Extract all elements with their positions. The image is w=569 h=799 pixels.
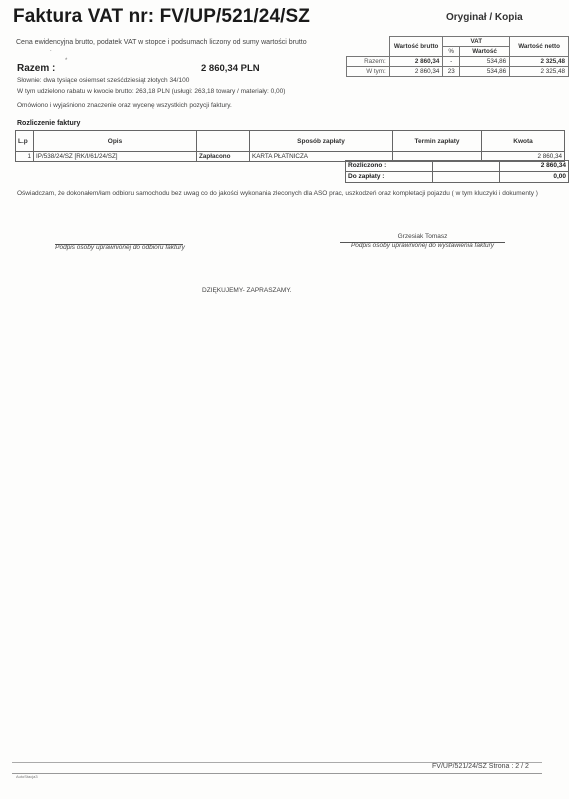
settled-label: Rozliczono : <box>346 161 433 172</box>
col-term: Termin zapłaty <box>393 131 482 152</box>
dot-mark: . <box>50 47 52 53</box>
footer-divider-bottom <box>12 773 542 774</box>
settlement-title: Rozliczenie faktury <box>17 120 80 127</box>
vat-row-total: Razem: 2 860,34 - 534,86 2 325,48 <box>347 57 569 67</box>
declaration-text: Oświadczam, że dokonałem/łam odbioru sam… <box>17 189 542 198</box>
vat-row-detail: W tym: 2 860,34 23 534,86 2 325,48 <box>347 67 569 77</box>
col-vat-value: Wartość <box>460 47 510 57</box>
vat-summary-table: Wartość brutto VAT Wartość netto % Warto… <box>346 36 569 77</box>
page-info: FV/UP/521/24/SZ Strona : 2 / 2 <box>432 763 529 770</box>
price-note: Cena ewidencyjna brutto, podatek VAT w s… <box>16 39 307 46</box>
explained-note: Omówiono i wyjaśniono znaczenie oraz wyc… <box>17 102 232 109</box>
due-value: 0,00 <box>500 172 569 183</box>
col-amount: Kwota <box>482 131 565 152</box>
col-net: Wartość netto <box>510 37 569 57</box>
col-vat-percent: % <box>443 47 460 57</box>
thanks-text: DZIĘKUJEMY- ZAPRASZAMY. <box>202 287 292 294</box>
issuer-signature-caption: Podpis osoby uprawnionej do wystawienia … <box>340 242 505 250</box>
issuer-name: Grzesiak Tomasz <box>340 233 505 240</box>
col-method: Sposób zapłaty <box>250 131 393 152</box>
settled-value: 2 860,34 <box>500 161 569 172</box>
col-opis: Opis <box>34 131 197 152</box>
amount-in-words: Słownie: dwa tysiące osiemset sześćdzies… <box>17 77 189 84</box>
settlement-summary: Rozliczono : 2 860,34 Do zapłaty : 0,00 <box>345 160 569 183</box>
col-lp: L.p <box>16 131 34 152</box>
settlement-table: L.p Opis Sposób zapłaty Termin zapłaty K… <box>15 130 565 162</box>
discount-info: W tym udzielono rabatu w kwocie brutto: … <box>17 88 285 95</box>
invoice-title: Faktura VAT nr: FV/UP/521/24/SZ <box>13 6 310 28</box>
receiver-signature-caption: Podpis osoby uprawnionej do odbioru fakt… <box>50 244 190 252</box>
asterisk-mark: * <box>65 58 67 64</box>
col-gross: Wartość brutto <box>389 37 443 57</box>
total-label: Razem : <box>17 63 55 74</box>
software-label: AutoStacja3 <box>16 774 38 779</box>
due-label: Do zapłaty : <box>346 172 433 183</box>
copy-type: Oryginał / Kopia <box>446 12 523 23</box>
col-vat: VAT <box>443 37 510 47</box>
total-value: 2 860,34 PLN <box>201 63 260 74</box>
col-status <box>197 131 250 152</box>
